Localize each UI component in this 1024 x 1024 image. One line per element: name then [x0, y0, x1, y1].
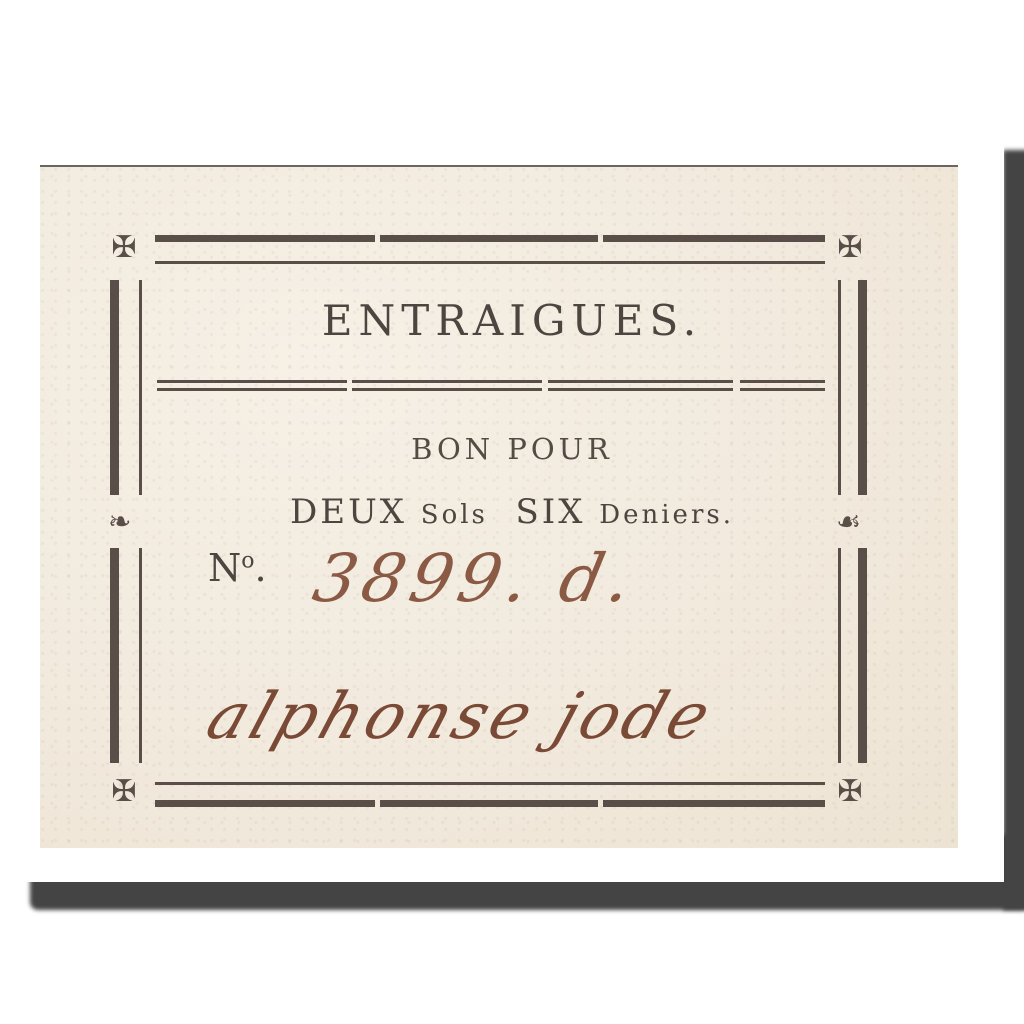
border-bottom-thick-3	[603, 800, 825, 807]
denomination: DEUX Sols SIX Deniers.	[0, 492, 1024, 532]
border-top-thin	[155, 261, 825, 264]
denomination-sols: Sols	[421, 500, 488, 530]
border-right-thick-lower	[858, 548, 867, 763]
title-divider-4b	[740, 388, 825, 391]
border-left-thick-lower	[110, 548, 119, 763]
border-top-thick-1	[155, 235, 375, 242]
title-divider-4a	[740, 380, 825, 383]
issuer-title: ENTRAIGUES.	[0, 296, 1024, 345]
title-divider-3a	[548, 380, 733, 383]
good-for-label: BON POUR	[0, 432, 1024, 466]
border-left-thin-lower	[139, 548, 142, 763]
corner-flourish-icon: ✠	[830, 772, 870, 812]
title-divider-1a	[157, 380, 347, 383]
serial-number-handwritten: 3899. d.	[307, 540, 645, 617]
title-divider-3b	[548, 388, 733, 391]
border-top-thick-2	[380, 235, 598, 242]
border-bottom-thin	[155, 782, 825, 785]
signature-handwritten: alphonse jode	[198, 680, 723, 754]
number-label: No.	[208, 546, 267, 590]
corner-flourish-icon: ✠	[104, 772, 144, 812]
denomination-six: SIX	[516, 492, 586, 532]
number-label-sup: o	[241, 548, 254, 573]
border-right-thin-lower	[838, 548, 841, 763]
denomination-deux: DEUX	[290, 492, 407, 532]
corner-flourish-icon: ✠	[104, 228, 144, 268]
title-divider-1b	[157, 388, 347, 391]
denomination-deniers: Deniers.	[599, 500, 734, 530]
title-divider-2b	[352, 388, 542, 391]
border-bottom-thick-2	[380, 800, 598, 807]
border-bottom-thick-1	[155, 800, 375, 807]
number-label-dot: .	[255, 546, 267, 590]
number-label-n: N	[208, 546, 241, 590]
border-top-thick-3	[603, 235, 825, 242]
title-divider-2a	[352, 380, 542, 383]
corner-flourish-icon: ✠	[830, 228, 870, 268]
